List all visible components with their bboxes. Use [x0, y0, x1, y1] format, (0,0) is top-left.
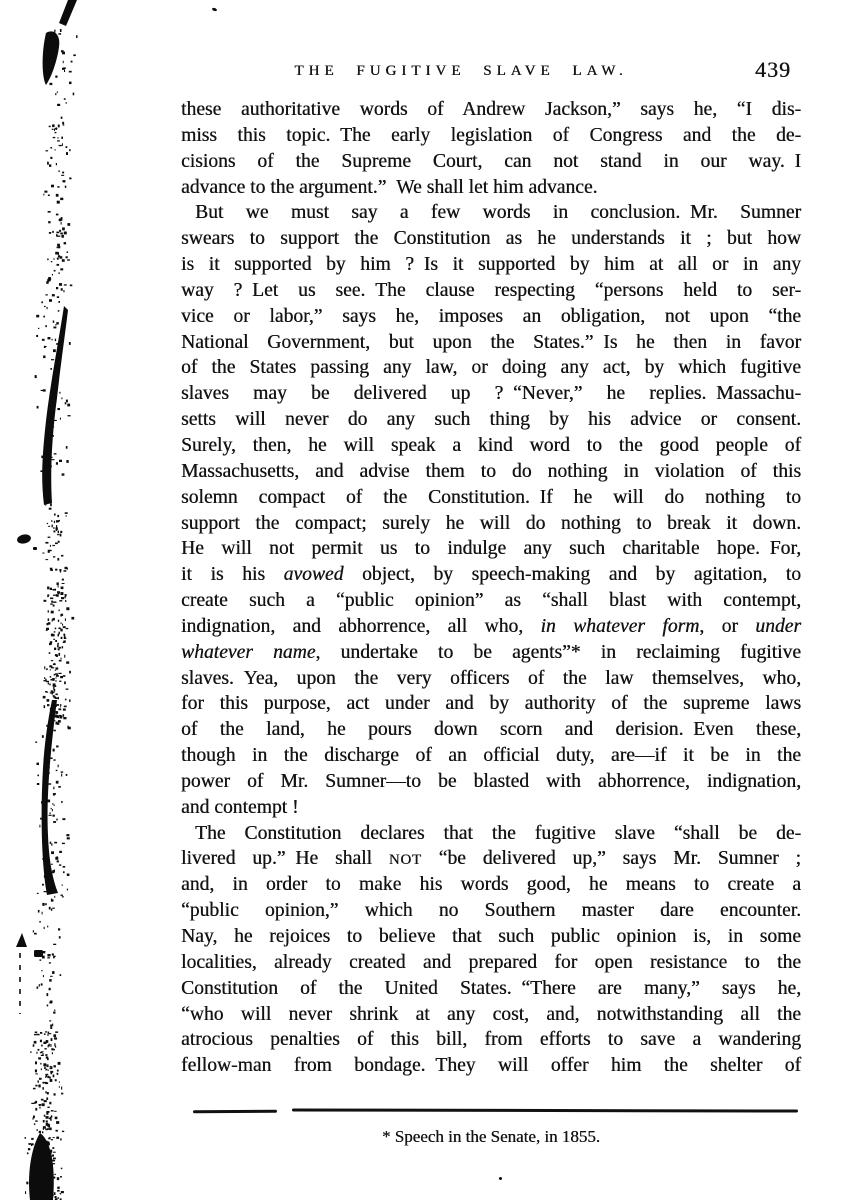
text-line: swears to support the Constitution as he…	[181, 226, 801, 252]
text-line: for this purpose, act under and by autho…	[181, 691, 801, 717]
scan-artifact-triangle	[16, 933, 27, 947]
text-line: miss this topic. The early legislation o…	[181, 123, 801, 149]
text-line: power of Mr. Sumner—to be blasted with a…	[181, 769, 801, 795]
paragraph: The Constitution declares that the fugit…	[181, 821, 801, 1079]
text-line: localities, already created and prepared…	[181, 950, 801, 976]
scan-artifact-small-blob	[16, 533, 32, 545]
text-line: solemn compact of the Constitution. If h…	[181, 485, 801, 511]
scan-artifact-streak-lower	[42, 700, 58, 895]
text-line: it is his avowed object, by speech-makin…	[181, 562, 801, 588]
text-line: is it supported by him ? Is it supported…	[181, 252, 801, 278]
text-line: of the States passing any law, or doing …	[181, 355, 801, 381]
text-line: atrocious penalties of this bill, from e…	[181, 1027, 801, 1053]
scan-artifact-streak-mid	[42, 306, 68, 505]
text-line: Surely, then, he will speak a kind word …	[181, 433, 801, 459]
scan-artifact-left-margin	[0, 0, 100, 1200]
page-number: 439	[755, 57, 791, 83]
text-line: way ? Let us see. The clause respecting …	[181, 278, 801, 304]
text-line: and, in order to make his words good, he…	[181, 872, 801, 898]
footnote: * Speech in the Senate, in 1855.	[181, 1127, 801, 1147]
text-line: and contempt !	[181, 795, 801, 821]
text-line: though in the discharge of an official d…	[181, 743, 801, 769]
scan-artifact-blob	[43, 31, 60, 85]
text-line: fellow-man from bondage. They will offer…	[181, 1053, 801, 1079]
text-line: vice or labor,” says he, imposes an obli…	[181, 304, 801, 330]
text-line: But we must say a few words in conclusio…	[181, 200, 801, 226]
scan-artifact-top-slash	[59, 0, 77, 26]
text-block: these authoritative words of Andrew Jack…	[181, 97, 801, 1079]
text-line: these authoritative words of Andrew Jack…	[181, 97, 801, 123]
page-header: THE FUGITIVE SLAVE LAW. 439	[181, 60, 801, 88]
text-line: Massachusetts, and advise them to do not…	[181, 459, 801, 485]
text-line: cisions of the Supreme Court, can not st…	[181, 149, 801, 175]
text-line: create such a “public opinion” as “shall…	[181, 588, 801, 614]
text-line: “public opinion,” which no Southern mast…	[181, 898, 801, 924]
text-line: whatever name, undertake to be agents”* …	[181, 640, 801, 666]
footnote-label: Speech in the Senate, in 1855.	[395, 1127, 600, 1146]
text-line: livered up.” He shall NOT “be delivered …	[181, 846, 801, 872]
text-line: slaves. Yea, upon the very officers of t…	[181, 666, 801, 692]
text-line: indignation, and abhorrence, all who, in…	[181, 614, 801, 640]
scan-artifact-bottom-blob	[29, 1133, 54, 1200]
text-line: advance to the argument.” We shall let h…	[181, 175, 801, 201]
text-line: of the land, he pours down scorn and der…	[181, 717, 801, 743]
text-line: National Government, but upon the States…	[181, 330, 801, 356]
running-head-title: THE FUGITIVE SLAVE LAW.	[181, 63, 741, 80]
text-line: The Constitution declares that the fugit…	[181, 821, 801, 847]
text-line: slaves may be delivered up ? “Never,” he…	[181, 381, 801, 407]
footnote-marker: *	[382, 1127, 391, 1146]
text-line: “who will never shrink at any cost, and,…	[181, 1002, 801, 1028]
paragraph: these authoritative words of Andrew Jack…	[181, 97, 801, 200]
footnote-rule-right	[292, 1108, 798, 1112]
paragraph: But we must say a few words in conclusio…	[181, 200, 801, 820]
text-line: He will not permit us to indulge any suc…	[181, 536, 801, 562]
text-line: Constitution of the United States. “Ther…	[181, 976, 801, 1002]
text-line: support the compact; surely he will do n…	[181, 511, 801, 537]
text-line: Nay, he rejoices to believe that such pu…	[181, 924, 801, 950]
footnote-rule-left	[193, 1110, 277, 1113]
scan-speck-bottom	[499, 1177, 502, 1180]
scan-speck-top	[212, 7, 218, 12]
text-line: setts will never do any such thing by hi…	[181, 407, 801, 433]
